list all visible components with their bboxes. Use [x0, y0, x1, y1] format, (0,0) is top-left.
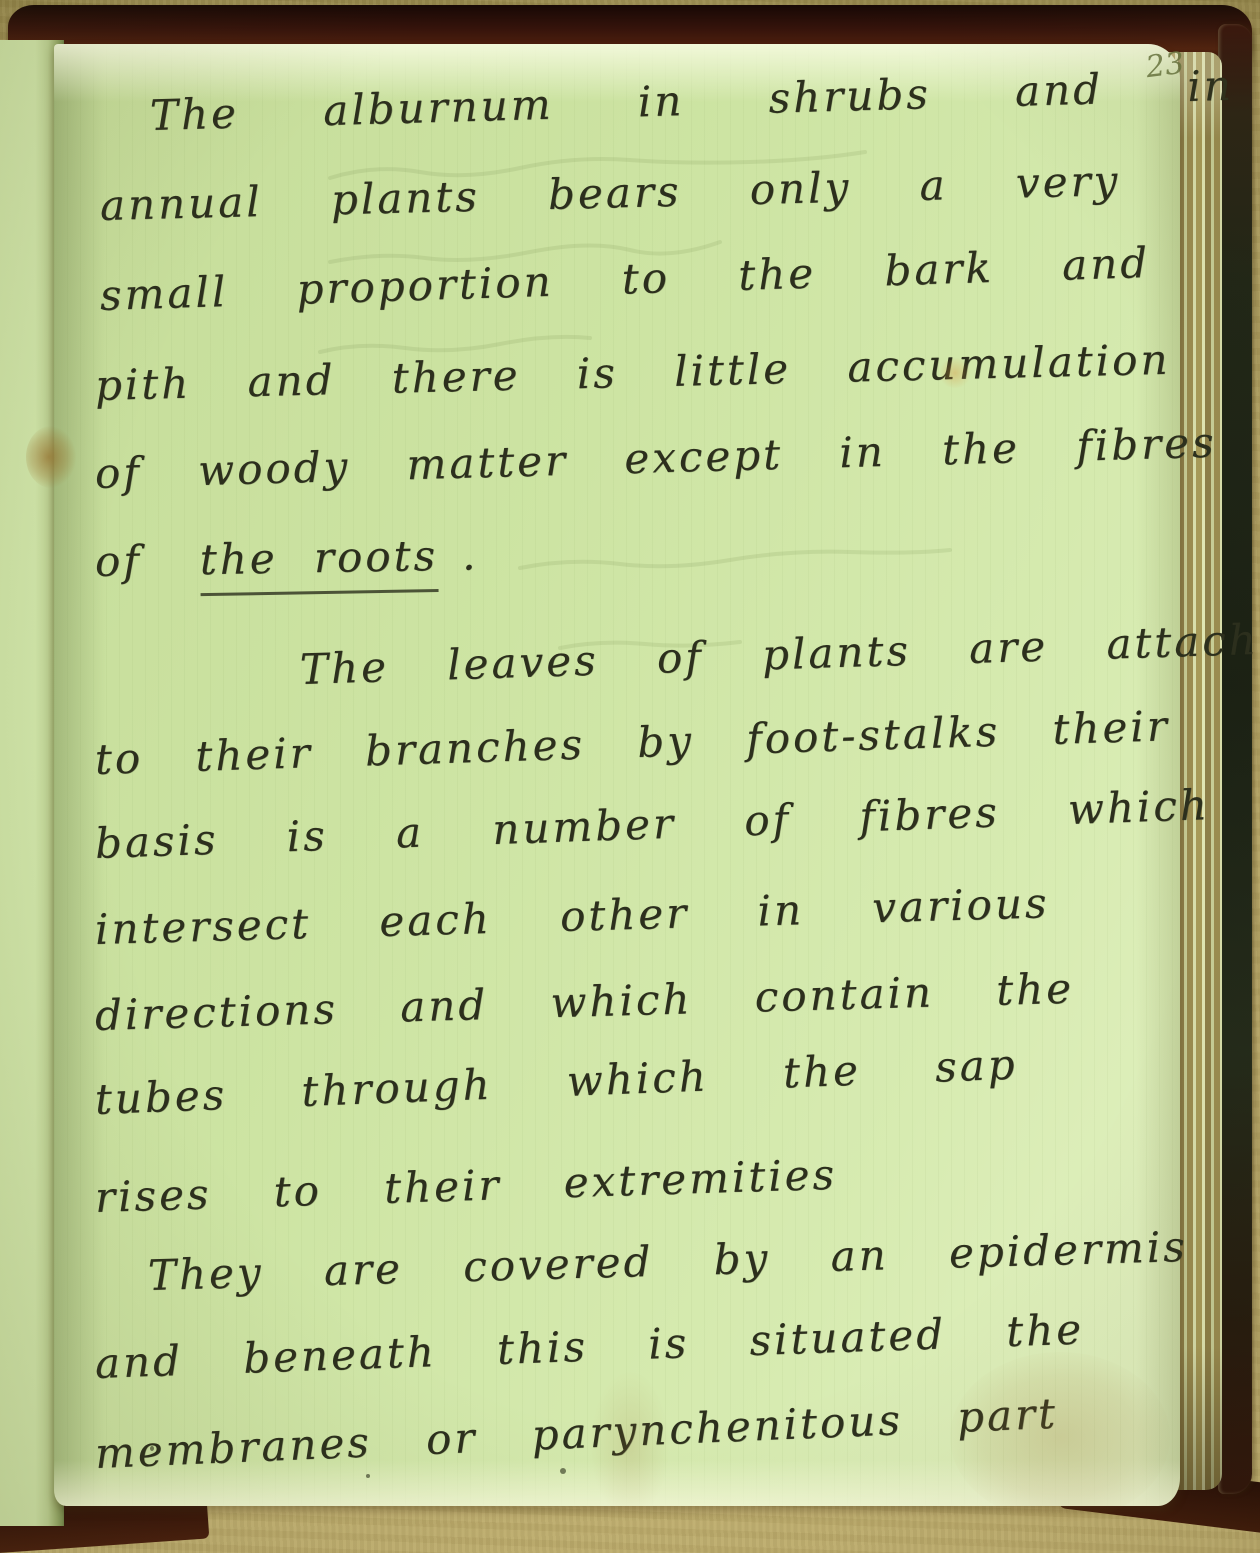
manuscript-line: of woody matter except in the fibres [94, 419, 1217, 499]
manuscript-line: pith and there is little accumulation [94, 336, 1171, 411]
manuscript-line: directions and which contain the [94, 965, 1074, 1041]
underlined-phrase: the roots [199, 531, 438, 596]
manuscript-line: The alburnum in shrubs and in [149, 62, 1234, 141]
manuscript-line: membranes or parynchenitous part [94, 1390, 1059, 1479]
manuscript-line: intersect each other in various [94, 879, 1050, 954]
manuscript-text: The alburnum in shrubs and in annual pla… [0, 0, 1260, 1553]
manuscript-line: basis is a number of fibres which [94, 781, 1211, 868]
manuscript-line: to their branches by foot-stalks their [94, 702, 1170, 784]
manuscript-line: The leaves of plants are attached [299, 614, 1260, 694]
ink-speck [150, 1446, 154, 1451]
manuscript-line: ofthe roots. [95, 531, 479, 586]
manuscript-line: and beneath this is situated the [94, 1305, 1085, 1388]
manuscript-line: tubes through which the sap [94, 1041, 1018, 1125]
manuscript-line: small proportion to the bark and [99, 239, 1151, 320]
ink-speck [366, 1474, 370, 1478]
manuscript-line: annual plants bears only a very [99, 157, 1120, 230]
manuscript-line: rises to their extremities [94, 1151, 837, 1223]
manuscript-line-segment: . [462, 530, 479, 579]
ink-speck [560, 1468, 566, 1474]
manuscript-line: They are covered by an epidermis [147, 1223, 1188, 1300]
manuscript-line-segment: of [95, 536, 143, 586]
